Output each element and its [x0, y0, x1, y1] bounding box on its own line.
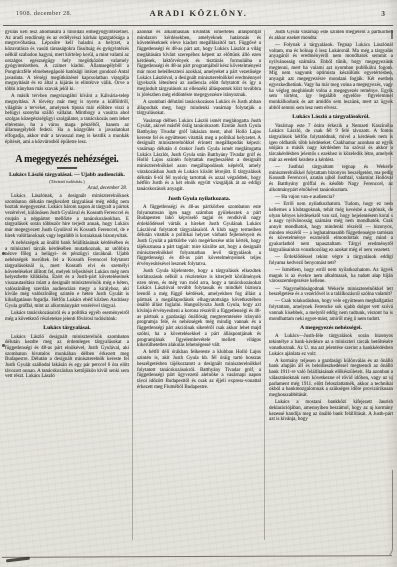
newspaper-page: 1908. december 28. ARADI KÖZLÖNY. 3 gyul…: [0, 0, 397, 567]
headline-divider: [57, 167, 77, 169]
body-paragraph: A szombati délutáni tanácskozáson Lukács…: [137, 100, 261, 117]
header-rule: [3, 25, 393, 26]
body-paragraph: — Folynak a tárgyalások. Tegnap Lukács L…: [269, 43, 393, 111]
body-paragraph: Lukács László designált miniszterelnök s…: [5, 335, 129, 381]
body-paragraph: Justh Gyula kijelentette, hogy a tárgyal…: [137, 269, 261, 349]
subheading-lukacs-targyalasai: Lukács tárgyalásai.: [5, 326, 129, 332]
body-paragraph: — Ha vajon van-e audiencia?: [269, 195, 393, 201]
body-paragraph: A másik tervben megvizsgálni kívánt a Ká…: [5, 94, 129, 145]
body-paragraph: — Ismétlem, hogy erről nem nyilatkozhato…: [269, 268, 393, 285]
body-paragraph: Lukács tanácskozásairól és a politika eg…: [5, 311, 129, 322]
body-paragraph: A Lukács—Justh-féle tárgyalások során bi…: [269, 334, 393, 357]
scan-shadow: [385, 0, 397, 567]
column-rule-right: [264, 30, 265, 540]
masthead: ARADI KÖZLÖNY.: [0, 8, 397, 18]
body-paragraph: gyulás kell lesz állomására a túloldali …: [5, 30, 129, 93]
subheading-justh-nyilatkozata: Justh Gyula nyilatkozata.: [137, 197, 261, 203]
bottom-fold-rule: [2, 555, 392, 558]
article-deck: Lukács László tárgyalásai. — Ujabb audie…: [9, 172, 125, 178]
column-left: gyulás kell lesz állomására a túloldali …: [5, 30, 129, 542]
column-rule-left: [132, 30, 133, 540]
article-headline: A megegyezés nehézségei.: [11, 153, 123, 165]
subheading-lukacs-a-targyalasokrol: Lukács László a tárgyalásokról.: [269, 115, 393, 121]
column-middle: azonnal és alkalmasnak kívánták ismertet…: [137, 30, 261, 542]
ink-speck: [2, 252, 5, 255]
body-paragraph: — Erről nem nyilatkozhatom. Tudom, hogy …: [269, 202, 393, 253]
body-paragraph: — Csak tolakodásban, hogy vele együttese…: [269, 299, 393, 322]
ink-speck: [2, 344, 5, 347]
body-paragraph: Lukács Lászlónak, a designált minisztere…: [5, 194, 129, 240]
body-paragraph: Lukács a mostani bankközi kifejezett Jau…: [269, 400, 393, 423]
column-right: Justh Gyula vasárnap este szintén megjel…: [269, 30, 393, 542]
body-paragraph: — Nagyméltóságodnak Wekerle minisztereln…: [269, 287, 393, 298]
body-paragraph: — Justhtal tárgyaltam tegnap és Wekerle …: [269, 165, 393, 194]
body-paragraph: A hétfő déli órákban felkereste a klubba…: [137, 350, 261, 390]
body-paragraph: A kormány teljesen a gazdasági különválá…: [269, 359, 393, 399]
body-paragraph: Justh Gyula vasárnap este szintén megjel…: [269, 30, 393, 41]
body-paragraph: — Érdeklődéssel tekint végre a tárgyalás…: [269, 255, 393, 266]
subheading-megegyezes-nehezsegei: A megegyezés nehézségei.: [269, 326, 393, 332]
body-paragraph: Vasárnap este 7 órára érkezik a Nemzeti …: [269, 124, 393, 164]
wire-credit: (Távirati tudósítás.): [5, 179, 129, 185]
body-paragraph: A nehézségek az önálló bank felállításán…: [5, 241, 129, 309]
body-paragraph: A függetlenségi és 48-as pártkörben szom…: [137, 205, 261, 268]
scan-shadow: [0, 0, 397, 6]
body-paragraph: Vasárnap délben Lukács László ismét megl…: [137, 119, 261, 193]
dateline: Arad, december 28.: [7, 186, 127, 192]
body-paragraph: azonnal és alkalmasnak kívánták ismertet…: [137, 30, 261, 98]
